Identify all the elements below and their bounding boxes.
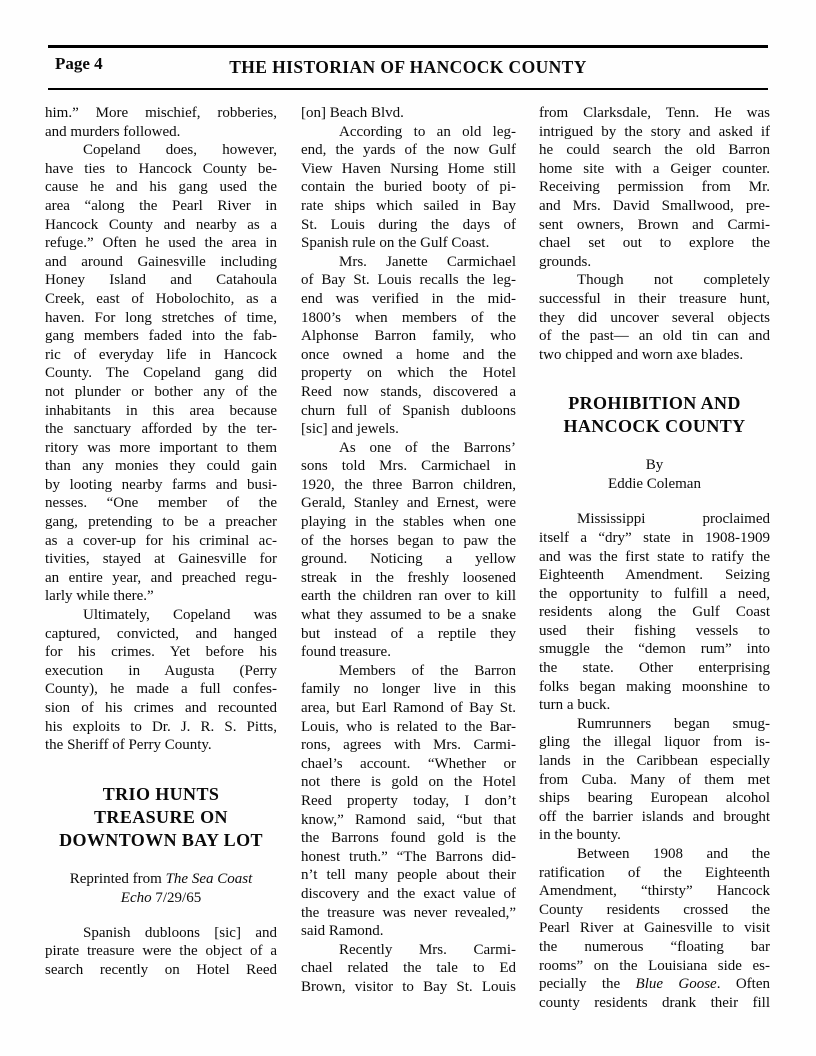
text-line: 1920, the three Barron children, (301, 476, 516, 495)
text-line: from Clarksdale, Tenn. He was (539, 104, 770, 123)
text-line: 1800’s when members of the (301, 309, 516, 328)
newsletter-title: THE HISTORIAN OF HANCOCK COUNTY (48, 57, 768, 78)
paragraph: Copeland does, however,have ties to Hanc… (45, 141, 277, 606)
text-line: area “along the Pearl River in (45, 197, 277, 216)
text-line: pirate treasure were the object of a (45, 942, 277, 961)
text-line: cause he and his gang used the (45, 178, 277, 197)
text-line: the treasure was never revealed,” (301, 904, 516, 923)
text-line: chael set out to explore the (539, 234, 770, 253)
text-line: folks began making moonshine to (539, 678, 770, 697)
text-line: but instead of a reptile they (301, 625, 516, 644)
text-line: gang, pretending to be a preacher (45, 513, 277, 532)
text-line: contain the buried booty of pi- (301, 178, 516, 197)
text-line: not there is gold on the Hotel (301, 773, 516, 792)
text-line: Ultimately, Copeland was (45, 606, 277, 625)
text-line: rooms” on the Louisiana side es- (539, 957, 770, 976)
text-line: discovery and the exact value of (301, 885, 516, 904)
text-line: [sic] and jewels. (301, 420, 516, 439)
text-line: St. Louis during the days of (301, 216, 516, 235)
text-line: he could search the old Barron (539, 141, 770, 160)
text-line: County residents crossed the (539, 901, 770, 920)
text-line: Gerald, Stanley and Ernest, were (301, 494, 516, 513)
text-line: end was verified in the mid- (301, 290, 516, 309)
article-columns: him.” More mischief, robberies,and murde… (45, 104, 771, 1012)
text-line: an entire year, and preached regu- (45, 569, 277, 588)
text-line: Spanish rule on the Gulf Coast. (301, 234, 516, 253)
text-line: the Barrons found gold is the (301, 829, 516, 848)
text-line: his exploits to Dr. J. R. S. Pitts, (45, 718, 277, 737)
text-line: chael related the tale to Ed (301, 959, 516, 978)
paragraph: Spanish dubloons [sic] andpirate treasur… (45, 924, 277, 980)
text-line: Hancock County and nearby as a (45, 216, 277, 235)
text-line: rons, agrees with Mrs. Carmi- (301, 736, 516, 755)
text-line: off the barrier islands and brought (539, 808, 770, 827)
column-1: him.” More mischief, robberies,and murde… (45, 104, 277, 1012)
heading-line: HANCOCK COUNTY (539, 415, 770, 438)
text-line: refuge.” Often he used the area in (45, 234, 277, 253)
text-line: ratification of the Eighteenth (539, 864, 770, 883)
text-line: Creek, east of Hobolochito, as a (45, 290, 277, 309)
paragraph: Mississippi proclaimeditself a “dry” sta… (539, 510, 770, 715)
byline: Reprinted from The Sea CoastEcho 7/29/65 (45, 870, 277, 908)
paragraph: from Clarksdale, Tenn. He wasintrigued b… (539, 104, 770, 271)
text-line: rate ships which sailed in Bay (301, 197, 516, 216)
text-line: and around Gainesville including (45, 253, 277, 272)
text-line: playing in the stables when one (301, 513, 516, 532)
document-page: Page 4 THE HISTORIAN OF HANCOCK COUNTY h… (0, 0, 816, 1056)
text-line: Mrs. Janette Carmichael (301, 253, 516, 272)
text-line: know,” Ramond said, “but that (301, 811, 516, 830)
text-line: the opportunity to fulfill a need, (539, 585, 770, 604)
paragraph: As one of the Barrons’sons told Mrs. Car… (301, 439, 516, 662)
text-line: churn full of Spanish dubloons (301, 402, 516, 421)
text-line: inhabitants in this area because (45, 402, 277, 421)
text-line: used their fishing vessels to (539, 622, 770, 641)
text-line: According to an old leg- (301, 123, 516, 142)
text-line: haven. For long stretches of time, (45, 309, 277, 328)
text-line: found treasure. (301, 643, 516, 662)
section-heading: TRIO HUNTSTREASURE ONDOWNTOWN BAY LOT (45, 783, 277, 852)
text-line: Alphonse Barron family, who (301, 327, 516, 346)
text-line: the sanctuary afforded by the ter- (45, 420, 277, 439)
text-line: turn a buck. (539, 696, 770, 715)
text-line: intrigued by the story and asked if (539, 123, 770, 142)
paragraph: Mrs. Janette Carmichaelof Bay St. Louis … (301, 253, 516, 439)
text-line: once owned a home and the (301, 346, 516, 365)
text-line: Brown, visitor to Bay St. Louis (301, 978, 516, 997)
text-line: n’t tell many people about their (301, 866, 516, 885)
text-line: sons told Mrs. Carmichael in (301, 457, 516, 476)
text-line: have ties to Hancock County be- (45, 160, 277, 179)
text-line: pecially the Blue Goose. Often (539, 975, 770, 994)
paragraph: [on] Beach Blvd. (301, 104, 516, 123)
text-line: View Haven Nursing Home still (301, 160, 516, 179)
text-line: two chipped and worn axe blades. (539, 346, 770, 365)
page-header: Page 4 THE HISTORIAN OF HANCOCK COUNTY (48, 48, 768, 88)
heading-line: TRIO HUNTS (45, 783, 277, 806)
text-line: gang members faded into the fab- (45, 327, 277, 346)
text-line: residents along the Gulf Coast (539, 603, 770, 622)
paragraph: him.” More mischief, robberies,and murde… (45, 104, 277, 141)
text-line: by looting nearby farms and busi- (45, 476, 277, 495)
paragraph: Recently Mrs. Carmi-chael related the ta… (301, 941, 516, 997)
text-line: chael’s account. “Whether or (301, 755, 516, 774)
text-line: of the horses began to paw the (301, 532, 516, 551)
text-line: execution in Augusta (Perry (45, 662, 277, 681)
paragraph: Members of the Barronfamily no longer li… (301, 662, 516, 941)
heading-line: DOWNTOWN BAY LOT (45, 829, 277, 852)
text-line: ric of everyday life in Hancock (45, 346, 277, 365)
heading-line: TREASURE ON (45, 806, 277, 829)
text-line: the state. Other enterprising (539, 659, 770, 678)
text-line: Recently Mrs. Carmi- (301, 941, 516, 960)
text-line: Between 1908 and the (539, 845, 770, 864)
text-line: and murders followed. (45, 123, 277, 142)
text-line: Members of the Barron (301, 662, 516, 681)
text-line: county residents drank their fill (539, 994, 770, 1013)
text-line: and was the first state to ratify the (539, 548, 770, 567)
text-line: home site with a Geiger counter. (539, 160, 770, 179)
text-line: Mississippi proclaimed (539, 510, 770, 529)
text-line: for his crimes. Yet before his (45, 643, 277, 662)
text-line: gling the illegal liquor from is- (539, 733, 770, 752)
column-3: from Clarksdale, Tenn. He wasintrigued b… (539, 104, 770, 1012)
text-line: County), he made a full confes- (45, 680, 277, 699)
text-line: end, the yards of the now Gulf (301, 141, 516, 160)
section-heading: PROHIBITION ANDHANCOCK COUNTY (539, 392, 770, 438)
text-line: as a cover-up for his criminal ac- (45, 532, 277, 551)
text-line: what they assumed to be a snake (301, 606, 516, 625)
text-line: and Mrs. David Smallwood, pre- (539, 197, 770, 216)
text-line: Spanish dubloons [sic] and (45, 924, 277, 943)
text-line: him.” More mischief, robberies, (45, 104, 277, 123)
text-line: they did uncover several objects (539, 309, 770, 328)
text-line: earth the children ran over to kill (301, 587, 516, 606)
byline: ByEddie Coleman (539, 456, 770, 494)
text-line: Though not completely (539, 271, 770, 290)
text-line: itself a “dry” state in 1908-1909 (539, 529, 770, 548)
paragraph: Between 1908 and theratification of the … (539, 845, 770, 1012)
text-line: Honey Island and Catahoula (45, 271, 277, 290)
text-line: smuggle the “demon rum” into (539, 640, 770, 659)
text-line: sent owners, Brown and Carmi- (539, 216, 770, 235)
text-line: the Sheriff of Perry County. (45, 736, 277, 755)
header-bottom-rule (48, 88, 768, 90)
byline-line: Reprinted from The Sea Coast (45, 870, 277, 889)
text-line: family no longer live in this (301, 680, 516, 699)
text-line: Copeland does, however, (45, 141, 277, 160)
text-line: Reed now stands, discovered a (301, 383, 516, 402)
text-line: tivities, stayed at Gainesville for (45, 550, 277, 569)
text-line: grounds. (539, 253, 770, 272)
text-line: streak in the freshly loosened (301, 569, 516, 588)
text-line: area, but Earl Ramond of Bay St. (301, 699, 516, 718)
text-line: in the bounty. (539, 826, 770, 845)
text-line: sion of his crimes and recounted (45, 699, 277, 718)
text-line: than any monies they could gain (45, 457, 277, 476)
text-line: property on which the Hotel (301, 364, 516, 383)
text-line: ritory was more important to them (45, 439, 277, 458)
text-line: of the past— an old tin can and (539, 327, 770, 346)
text-line: the numerous “floating bar (539, 938, 770, 957)
byline-line: Echo 7/29/65 (45, 889, 277, 908)
text-line: Reed property today, I don’t (301, 792, 516, 811)
text-line: of Bay St. Louis recalls the leg- (301, 271, 516, 290)
paragraph: According to an old leg-end, the yards o… (301, 123, 516, 253)
text-line: lands in the Caribbean especially (539, 752, 770, 771)
text-line: not plunder or bother any of the (45, 383, 277, 402)
text-line: captured, convicted, and hanged (45, 625, 277, 644)
paragraph: Rumrunners began smug-gling the illegal … (539, 715, 770, 845)
text-line: Amendment, “thirsty” Hancock (539, 882, 770, 901)
text-line: Rumrunners began smug- (539, 715, 770, 734)
column-2: [on] Beach Blvd.According to an old leg-… (301, 104, 516, 1012)
text-line: ground. Noticing a yellow (301, 550, 516, 569)
text-line: ships bearing European alcohol (539, 789, 770, 808)
text-line: County. The Copeland gang did (45, 364, 277, 383)
text-line: Eighteenth Amendment. Seizing (539, 566, 770, 585)
text-line: from Cuba. Many of them met (539, 771, 770, 790)
heading-line: PROHIBITION AND (539, 392, 770, 415)
text-line: nesses. “One member of the (45, 494, 277, 513)
paragraph: Though not completelysuccessful in their… (539, 271, 770, 364)
text-line: honest truth.” “The Barrons did- (301, 848, 516, 867)
text-line: [on] Beach Blvd. (301, 104, 516, 123)
text-line: Pearl River at Gainesville to visit (539, 919, 770, 938)
text-line: Louis, who is related to the Bar- (301, 718, 516, 737)
byline-line: By (539, 456, 770, 475)
text-line: search recently on Hotel Reed (45, 961, 277, 980)
text-line: As one of the Barrons’ (301, 439, 516, 458)
text-line: larly while there.” (45, 587, 277, 606)
text-line: Receiving permission from Mr. (539, 178, 770, 197)
byline-line: Eddie Coleman (539, 475, 770, 494)
paragraph: Ultimately, Copeland wascaptured, convic… (45, 606, 277, 755)
text-line: successful in their treasure hunt, (539, 290, 770, 309)
text-line: said Ramond. (301, 922, 516, 941)
